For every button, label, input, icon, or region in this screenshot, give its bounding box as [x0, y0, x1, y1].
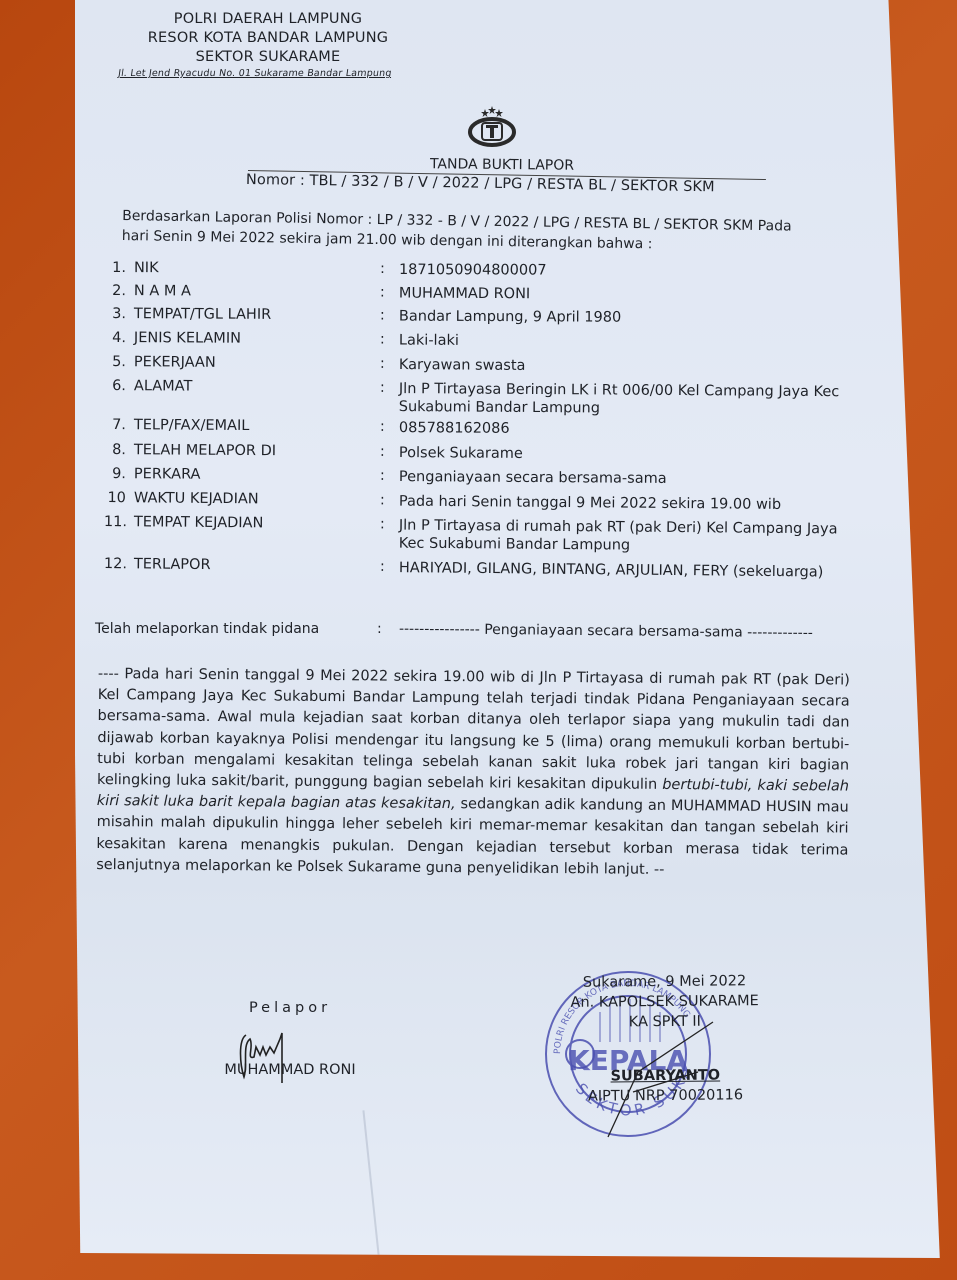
field-value: 1871050904800007	[399, 261, 849, 281]
field-number: 6.	[104, 378, 126, 394]
place-date: Sukarame, 9 Mei 2022	[554, 971, 774, 993]
polri-emblem-icon	[465, 106, 519, 148]
narrative-part-1: ---- Pada hari Senin tanggal 9 Mei 2022 …	[97, 666, 850, 793]
field-value: Bandar Lampung, 9 April 1980	[399, 308, 849, 328]
field-label: JENIS KELAMIN	[134, 330, 241, 347]
field-number: 4.	[104, 330, 126, 346]
field-colon: :	[380, 261, 385, 277]
field-number: 11.	[104, 514, 126, 530]
reported-crime-row: Telah melaporkan tindak pidana : -------…	[95, 621, 855, 637]
field-value: MUHAMMAD RONI	[399, 285, 849, 305]
field-colon: :	[380, 559, 385, 575]
field-value: 085788162086	[399, 419, 849, 440]
reported-crime-label: Telah melaporkan tindak pidana	[95, 621, 319, 637]
reported-crime-colon: :	[377, 621, 382, 637]
letterhead-line-1: POLRI DAERAH LAMPUNG	[118, 10, 418, 29]
field-label: PERKARA	[134, 466, 201, 482]
field-number: 10	[104, 490, 126, 506]
field-number: 8.	[104, 442, 126, 458]
officer-rank-id: AIPTU NRP 70020116	[555, 1085, 775, 1107]
field-value: Laki-laki	[399, 332, 849, 352]
field-label: TEMPAT/TGL LAHIR	[134, 306, 271, 323]
field-number: 1.	[104, 260, 126, 276]
field-number: 3.	[104, 306, 126, 322]
authority-block: Sukarame, 9 Mei 2022 An. KAPOLSEK SUKARA…	[554, 971, 775, 1107]
field-label: TEMPAT KEJADIAN	[134, 514, 264, 531]
officer-name: SUBARYANTO	[555, 1065, 775, 1087]
document-title: TANDA BUKTI LAPOR	[430, 156, 574, 174]
on-behalf-of: An. KAPOLSEK SUKARAME	[555, 991, 775, 1013]
field-label: ALAMAT	[134, 378, 193, 394]
signature-icon	[236, 1025, 296, 1085]
field-colon: :	[380, 331, 385, 347]
field-number: 7.	[104, 417, 126, 433]
field-label: TERLAPOR	[134, 556, 211, 573]
field-value: Jln P Tirtayasa di rumah pak RT (pak Der…	[399, 517, 849, 557]
field-label: TELAH MELAPOR DI	[134, 442, 276, 459]
field-number: 5.	[104, 354, 126, 370]
field-number: 12.	[104, 556, 126, 572]
officer-position: KA SPKT II	[555, 1011, 775, 1033]
field-colon: :	[380, 307, 385, 323]
field-colon: :	[380, 516, 385, 532]
field-colon: :	[380, 492, 385, 508]
reporter-label: Pelapor	[205, 1000, 375, 1016]
letterhead: POLRI DAERAH LAMPUNG RESOR KOTA BANDAR L…	[118, 10, 418, 80]
field-label: TELP/FAX/EMAIL	[134, 417, 250, 434]
field-value: Penganiayaan secara bersama-sama	[399, 468, 849, 489]
field-colon: :	[380, 419, 385, 435]
field-label: NIK	[134, 260, 159, 276]
field-colon: :	[380, 444, 385, 460]
field-colon: :	[380, 468, 385, 484]
field-number: 2.	[104, 283, 126, 299]
field-colon: :	[380, 356, 385, 372]
field-value: Polsek Sukarame	[399, 444, 849, 465]
field-number: 9.	[104, 466, 126, 482]
incident-narrative: ---- Pada hari Senin tanggal 9 Mei 2022 …	[96, 664, 850, 883]
field-value: Jln P Tirtayasa Beringin LK i Rt 006/00 …	[399, 380, 849, 419]
field-label: WAKTU KEJADIAN	[134, 490, 259, 507]
letterhead-address: Jl. Let Jend Ryacudu No. 01 Sukarame Ban…	[117, 68, 419, 80]
field-value: Karyawan swasta	[399, 356, 849, 377]
letterhead-line-3: SEKTOR SUKARAME	[118, 48, 418, 67]
letterhead-line-2: RESOR KOTA BANDAR LAMPUNG	[118, 29, 418, 48]
field-label: N A M A	[134, 283, 191, 299]
field-colon: :	[380, 380, 385, 396]
field-colon: :	[380, 284, 385, 300]
field-label: PEKERJAAN	[134, 354, 216, 371]
